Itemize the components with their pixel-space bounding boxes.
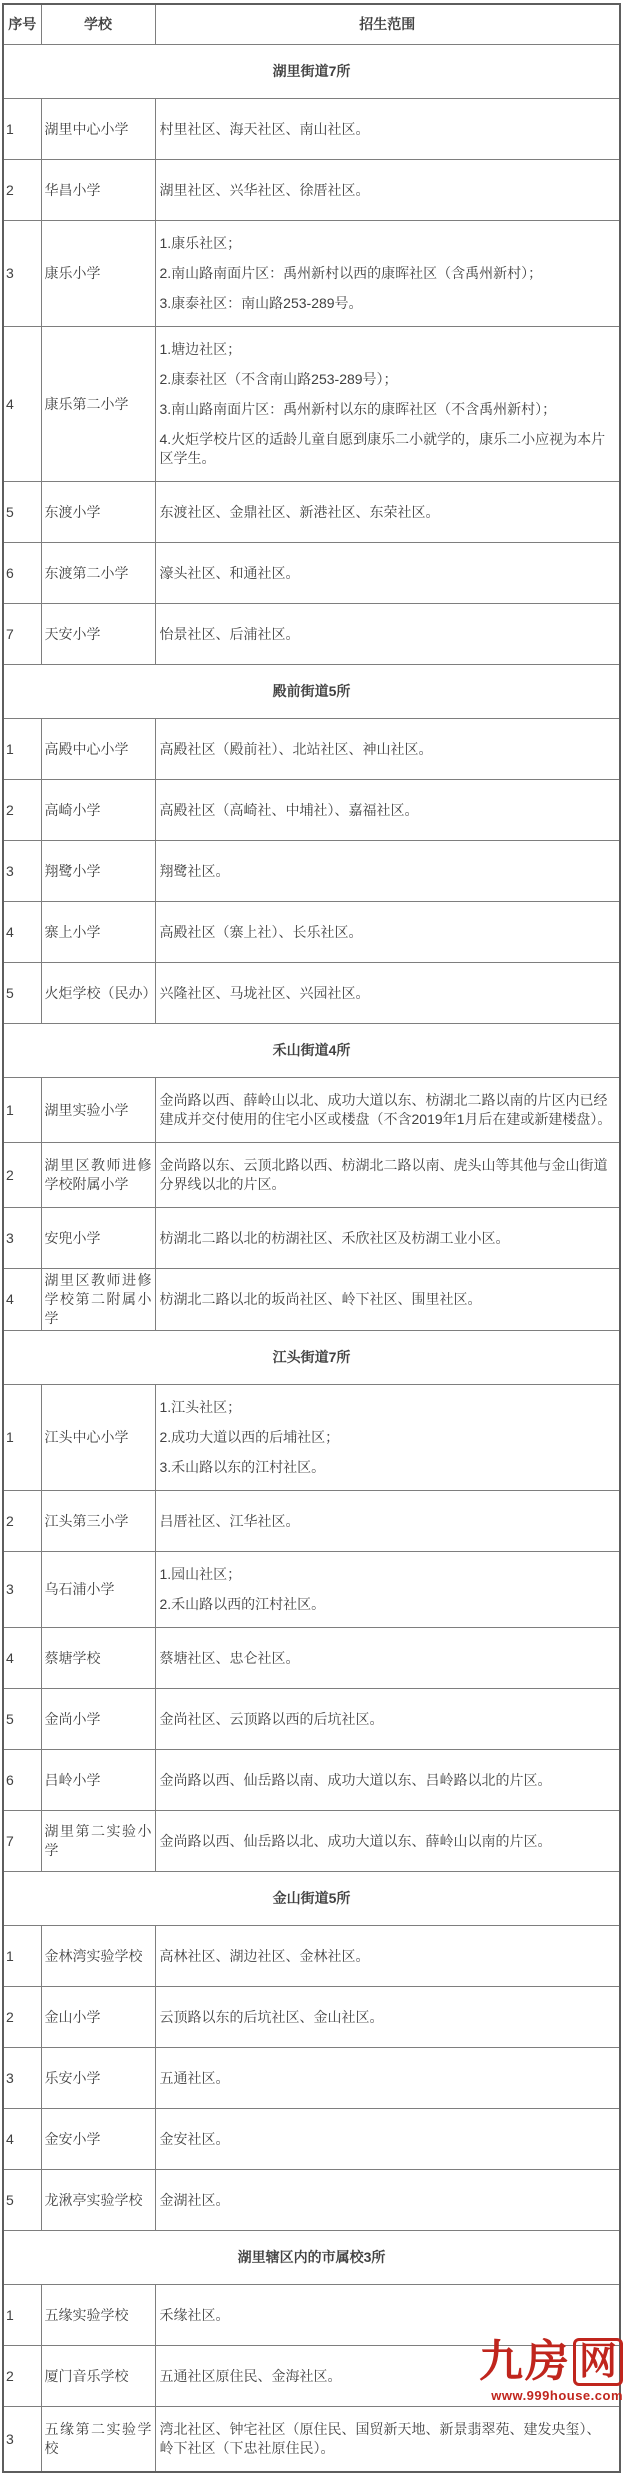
range-line: 2.成功大道以西的后埔社区； [160, 1428, 614, 1447]
enrollment-range: 高殿社区（高崎社、中埔社）、嘉福社区。 [155, 780, 620, 841]
range-line: 高殿社区（高崎社、中埔社）、嘉福社区。 [160, 801, 614, 820]
range-line: 1.康乐社区； [160, 234, 614, 253]
school-row: 5 金尚小学 金尚社区、云顶路以西的后坑社区。 [3, 1689, 620, 1750]
range-line: 五通社区原住民、金海社区。 [160, 2367, 614, 2386]
enrollment-range: 1.康乐社区；2.南山路南面片区：禹州新村以西的康晖社区（含禹州新村）；3.康泰… [155, 221, 620, 327]
enrollment-range: 高殿社区（殿前社）、北站社区、神山社区。 [155, 719, 620, 780]
row-number: 3 [3, 221, 41, 327]
row-number: 7 [3, 604, 41, 665]
table-body: 湖里街道7所 1 湖里中心小学 村里社区、海天社区、南山社区。 2 华昌小学 湖… [3, 45, 620, 2473]
school-name: 龙湫亭实验学校 [41, 2170, 155, 2231]
enrollment-range: 翔鹭社区。 [155, 841, 620, 902]
row-number: 1 [3, 99, 41, 160]
range-line: 金湖社区。 [160, 2191, 614, 2210]
col-header-index: 序号 [3, 4, 41, 45]
school-name: 江头第三小学 [41, 1491, 155, 1552]
school-name: 五缘实验学校 [41, 2285, 155, 2346]
school-name: 五缘第二实验学校 [41, 2407, 155, 2473]
school-row: 3 翔鹭小学 翔鹭社区。 [3, 841, 620, 902]
school-name: 金林湾实验学校 [41, 1926, 155, 1987]
range-line: 金尚路以西、仙岳路以北、成功大道以东、薛岭山以南的片区。 [160, 1832, 614, 1851]
range-line: 湾北社区、钟宅社区（原住民、国贸新天地、新景翡翠苑、建发央玺）、岭下社区（下忠社… [160, 2420, 614, 2458]
row-number: 2 [3, 780, 41, 841]
range-line: 1.江头社区； [160, 1398, 614, 1417]
enrollment-table-page: 序号 学校 招生范围 湖里街道7所 1 湖里中心小学 村里社区、海天社区、南山社… [0, 0, 625, 2476]
school-row: 2 厦门音乐学校 五通社区原住民、金海社区。 [3, 2346, 620, 2407]
enrollment-range: 蔡塘社区、忠仑社区。 [155, 1628, 620, 1689]
range-line: 怡景社区、后浦社区。 [160, 625, 614, 644]
range-line: 云顶路以东的后坑社区、金山社区。 [160, 2008, 614, 2027]
section-title: 湖里街道7所 [3, 45, 620, 99]
school-row: 3 五缘第二实验学校 湾北社区、钟宅社区（原住民、国贸新天地、新景翡翠苑、建发央… [3, 2407, 620, 2473]
row-number: 6 [3, 1750, 41, 1811]
row-number: 3 [3, 1552, 41, 1628]
section-title: 江头街道7所 [3, 1331, 620, 1385]
school-row: 7 天安小学 怡景社区、后浦社区。 [3, 604, 620, 665]
range-line: 村里社区、海天社区、南山社区。 [160, 120, 614, 139]
school-name: 乌石浦小学 [41, 1552, 155, 1628]
range-line: 湖里社区、兴华社区、徐厝社区。 [160, 181, 614, 200]
school-name: 湖里第二实验小学 [41, 1811, 155, 1872]
enrollment-range: 怡景社区、后浦社区。 [155, 604, 620, 665]
range-line: 高殿社区（寨上社）、长乐社区。 [160, 923, 614, 942]
school-name: 安兜小学 [41, 1208, 155, 1269]
section-title: 禾山街道4所 [3, 1024, 620, 1078]
school-row: 6 吕岭小学 金尚路以西、仙岳路以南、成功大道以东、吕岭路以北的片区。 [3, 1750, 620, 1811]
school-row: 2 华昌小学 湖里社区、兴华社区、徐厝社区。 [3, 160, 620, 221]
school-name: 东渡第二小学 [41, 543, 155, 604]
enrollment-range: 1.江头社区；2.成功大道以西的后埔社区；3.禾山路以东的江村社区。 [155, 1385, 620, 1491]
row-number: 1 [3, 1926, 41, 1987]
section-title: 殿前街道5所 [3, 665, 620, 719]
row-number: 1 [3, 719, 41, 780]
row-number: 2 [3, 1987, 41, 2048]
enrollment-range: 五通社区。 [155, 2048, 620, 2109]
row-number: 2 [3, 1143, 41, 1208]
range-line: 3.康泰社区：南山路253-289号。 [160, 294, 614, 313]
school-row: 1 湖里实验小学 金尚路以西、薛岭山以北、成功大道以东、枋湖北二路以南的片区内已… [3, 1078, 620, 1143]
range-line: 濠头社区、和通社区。 [160, 564, 614, 583]
school-row: 1 江头中心小学 1.江头社区；2.成功大道以西的后埔社区；3.禾山路以东的江村… [3, 1385, 620, 1491]
range-line: 枋湖北二路以北的枋湖社区、禾欣社区及枋湖工业小区。 [160, 1229, 614, 1248]
school-name: 湖里实验小学 [41, 1078, 155, 1143]
section-header-row: 金山街道5所 [3, 1872, 620, 1926]
range-line: 枋湖北二路以北的坂尚社区、岭下社区、围里社区。 [160, 1290, 614, 1309]
school-name: 湖里中心小学 [41, 99, 155, 160]
row-number: 2 [3, 1491, 41, 1552]
school-row: 1 五缘实验学校 禾缘社区。 [3, 2285, 620, 2346]
school-name: 寨上小学 [41, 902, 155, 963]
range-line: 东渡社区、金鼎社区、新港社区、东荣社区。 [160, 503, 614, 522]
school-name: 湖里区教师进修学校第二附属小学 [41, 1269, 155, 1331]
section-title: 金山街道5所 [3, 1872, 620, 1926]
col-header-school: 学校 [41, 4, 155, 45]
school-name: 火炬学校（民办） [41, 963, 155, 1024]
enrollment-range: 1.园山社区；2.禾山路以西的江村社区。 [155, 1552, 620, 1628]
school-row: 7 湖里第二实验小学 金尚路以西、仙岳路以北、成功大道以东、薛岭山以南的片区。 [3, 1811, 620, 1872]
row-number: 5 [3, 963, 41, 1024]
school-name: 翔鹭小学 [41, 841, 155, 902]
range-line: 高殿社区（殿前社）、北站社区、神山社区。 [160, 740, 614, 759]
school-name: 康乐小学 [41, 221, 155, 327]
range-line: 金尚社区、云顶路以西的后坑社区。 [160, 1710, 614, 1729]
school-row: 2 湖里区教师进修学校附属小学 金尚路以东、云顶北路以西、枋湖北二路以南、虎头山… [3, 1143, 620, 1208]
range-line: 2.南山路南面片区：禹州新村以西的康晖社区（含禹州新村）； [160, 264, 614, 283]
section-header-row: 殿前街道5所 [3, 665, 620, 719]
enrollment-range: 高林社区、湖边社区、金林社区。 [155, 1926, 620, 1987]
school-name: 蔡塘学校 [41, 1628, 155, 1689]
enrollment-range: 兴隆社区、马垅社区、兴园社区。 [155, 963, 620, 1024]
school-row: 1 湖里中心小学 村里社区、海天社区、南山社区。 [3, 99, 620, 160]
school-name: 乐安小学 [41, 2048, 155, 2109]
row-number: 4 [3, 2109, 41, 2170]
enrollment-range: 金尚路以西、薛岭山以北、成功大道以东、枋湖北二路以南的片区内已经建成并交付使用的… [155, 1078, 620, 1143]
school-row: 3 乐安小学 五通社区。 [3, 2048, 620, 2109]
section-header-row: 禾山街道4所 [3, 1024, 620, 1078]
range-line: 兴隆社区、马垅社区、兴园社区。 [160, 984, 614, 1003]
enrollment-range: 吕厝社区、江华社区。 [155, 1491, 620, 1552]
enrollment-range: 枋湖北二路以北的坂尚社区、岭下社区、围里社区。 [155, 1269, 620, 1331]
row-number: 3 [3, 1208, 41, 1269]
enrollment-range: 金尚路以东、云顶北路以西、枋湖北二路以南、虎头山等其他与金山街道分界线以北的片区… [155, 1143, 620, 1208]
row-number: 4 [3, 1628, 41, 1689]
school-row: 3 乌石浦小学 1.园山社区；2.禾山路以西的江村社区。 [3, 1552, 620, 1628]
row-number: 5 [3, 2170, 41, 2231]
enrollment-range: 湾北社区、钟宅社区（原住民、国贸新天地、新景翡翠苑、建发央玺）、岭下社区（下忠社… [155, 2407, 620, 2473]
range-line: 五通社区。 [160, 2069, 614, 2088]
section-header-row: 江头街道7所 [3, 1331, 620, 1385]
range-line: 翔鹭社区。 [160, 862, 614, 881]
range-line: 2.康泰社区（不含南山路253-289号）； [160, 370, 614, 389]
row-number: 1 [3, 1078, 41, 1143]
row-number: 6 [3, 543, 41, 604]
enrollment-range: 云顶路以东的后坑社区、金山社区。 [155, 1987, 620, 2048]
school-row: 4 康乐第二小学 1.塘边社区；2.康泰社区（不含南山路253-289号）；3.… [3, 327, 620, 482]
enrollment-range: 金尚路以西、仙岳路以北、成功大道以东、薛岭山以南的片区。 [155, 1811, 620, 1872]
school-name: 江头中心小学 [41, 1385, 155, 1491]
school-name: 吕岭小学 [41, 1750, 155, 1811]
range-line: 蔡塘社区、忠仑社区。 [160, 1649, 614, 1668]
school-name: 华昌小学 [41, 160, 155, 221]
school-row: 1 高殿中心小学 高殿社区（殿前社）、北站社区、神山社区。 [3, 719, 620, 780]
enrollment-range: 濠头社区、和通社区。 [155, 543, 620, 604]
school-row: 5 东渡小学 东渡社区、金鼎社区、新港社区、东荣社区。 [3, 482, 620, 543]
school-name: 天安小学 [41, 604, 155, 665]
range-line: 金尚路以西、仙岳路以南、成功大道以东、吕岭路以北的片区。 [160, 1771, 614, 1790]
row-number: 5 [3, 1689, 41, 1750]
school-row: 5 火炬学校（民办） 兴隆社区、马垅社区、兴园社区。 [3, 963, 620, 1024]
row-number: 2 [3, 160, 41, 221]
range-line: 2.禾山路以西的江村社区。 [160, 1595, 614, 1614]
range-line: 1.塘边社区； [160, 340, 614, 359]
range-line: 吕厝社区、江华社区。 [160, 1512, 614, 1531]
row-number: 7 [3, 1811, 41, 1872]
enrollment-range: 高殿社区（寨上社）、长乐社区。 [155, 902, 620, 963]
school-name: 东渡小学 [41, 482, 155, 543]
row-number: 4 [3, 902, 41, 963]
enrollment-range: 东渡社区、金鼎社区、新港社区、东荣社区。 [155, 482, 620, 543]
school-row: 6 东渡第二小学 濠头社区、和通社区。 [3, 543, 620, 604]
school-row: 3 安兜小学 枋湖北二路以北的枋湖社区、禾欣社区及枋湖工业小区。 [3, 1208, 620, 1269]
enrollment-range: 金湖社区。 [155, 2170, 620, 2231]
range-line: 金安社区。 [160, 2130, 614, 2149]
school-row: 4 湖里区教师进修学校第二附属小学 枋湖北二路以北的坂尚社区、岭下社区、围里社区… [3, 1269, 620, 1331]
school-name: 金尚小学 [41, 1689, 155, 1750]
range-line: 金尚路以西、薛岭山以北、成功大道以东、枋湖北二路以南的片区内已经建成并交付使用的… [160, 1091, 614, 1129]
row-number: 1 [3, 1385, 41, 1491]
school-name: 湖里区教师进修学校附属小学 [41, 1143, 155, 1208]
school-name: 高殿中心小学 [41, 719, 155, 780]
row-number: 3 [3, 841, 41, 902]
enrollment-range: 湖里社区、兴华社区、徐厝社区。 [155, 160, 620, 221]
school-enrollment-table: 序号 学校 招生范围 湖里街道7所 1 湖里中心小学 村里社区、海天社区、南山社… [2, 3, 621, 2473]
section-title: 湖里辖区内的市属校3所 [3, 2231, 620, 2285]
range-line: 4.火炬学校片区的适龄儿童自愿到康乐二小就学的，康乐二小应视为本片区学生。 [160, 430, 614, 468]
section-header-row: 湖里街道7所 [3, 45, 620, 99]
row-number: 4 [3, 327, 41, 482]
school-name: 高崎小学 [41, 780, 155, 841]
range-line: 金尚路以东、云顶北路以西、枋湖北二路以南、虎头山等其他与金山街道分界线以北的片区… [160, 1156, 614, 1194]
row-number: 2 [3, 2346, 41, 2407]
enrollment-range: 禾缘社区。 [155, 2285, 620, 2346]
row-number: 1 [3, 2285, 41, 2346]
school-row: 1 金林湾实验学校 高林社区、湖边社区、金林社区。 [3, 1926, 620, 1987]
school-row: 4 蔡塘学校 蔡塘社区、忠仑社区。 [3, 1628, 620, 1689]
school-row: 2 高崎小学 高殿社区（高崎社、中埔社）、嘉福社区。 [3, 780, 620, 841]
school-row: 3 康乐小学 1.康乐社区；2.南山路南面片区：禹州新村以西的康晖社区（含禹州新… [3, 221, 620, 327]
range-line: 1.园山社区； [160, 1565, 614, 1584]
school-row: 4 寨上小学 高殿社区（寨上社）、长乐社区。 [3, 902, 620, 963]
row-number: 3 [3, 2407, 41, 2473]
row-number: 4 [3, 1269, 41, 1331]
section-header-row: 湖里辖区内的市属校3所 [3, 2231, 620, 2285]
enrollment-range: 枋湖北二路以北的枋湖社区、禾欣社区及枋湖工业小区。 [155, 1208, 620, 1269]
school-row: 2 江头第三小学 吕厝社区、江华社区。 [3, 1491, 620, 1552]
school-name: 金山小学 [41, 1987, 155, 2048]
enrollment-range: 金尚路以西、仙岳路以南、成功大道以东、吕岭路以北的片区。 [155, 1750, 620, 1811]
enrollment-range: 金尚社区、云顶路以西的后坑社区。 [155, 1689, 620, 1750]
enrollment-range: 村里社区、海天社区、南山社区。 [155, 99, 620, 160]
range-line: 禾缘社区。 [160, 2306, 614, 2325]
school-name: 厦门音乐学校 [41, 2346, 155, 2407]
range-line: 高林社区、湖边社区、金林社区。 [160, 1947, 614, 1966]
enrollment-range: 金安社区。 [155, 2109, 620, 2170]
row-number: 3 [3, 2048, 41, 2109]
row-number: 5 [3, 482, 41, 543]
school-name: 金安小学 [41, 2109, 155, 2170]
school-name: 康乐第二小学 [41, 327, 155, 482]
col-header-range: 招生范围 [155, 4, 620, 45]
header-row: 序号 学校 招生范围 [3, 4, 620, 45]
range-line: 3.禾山路以东的江村社区。 [160, 1458, 614, 1477]
enrollment-range: 五通社区原住民、金海社区。 [155, 2346, 620, 2407]
school-row: 5 龙湫亭实验学校 金湖社区。 [3, 2170, 620, 2231]
range-line: 3.南山路南面片区：禹州新村以东的康晖社区（不含禹州新村）； [160, 400, 614, 419]
school-row: 2 金山小学 云顶路以东的后坑社区、金山社区。 [3, 1987, 620, 2048]
enrollment-range: 1.塘边社区；2.康泰社区（不含南山路253-289号）；3.南山路南面片区：禹… [155, 327, 620, 482]
school-row: 4 金安小学 金安社区。 [3, 2109, 620, 2170]
